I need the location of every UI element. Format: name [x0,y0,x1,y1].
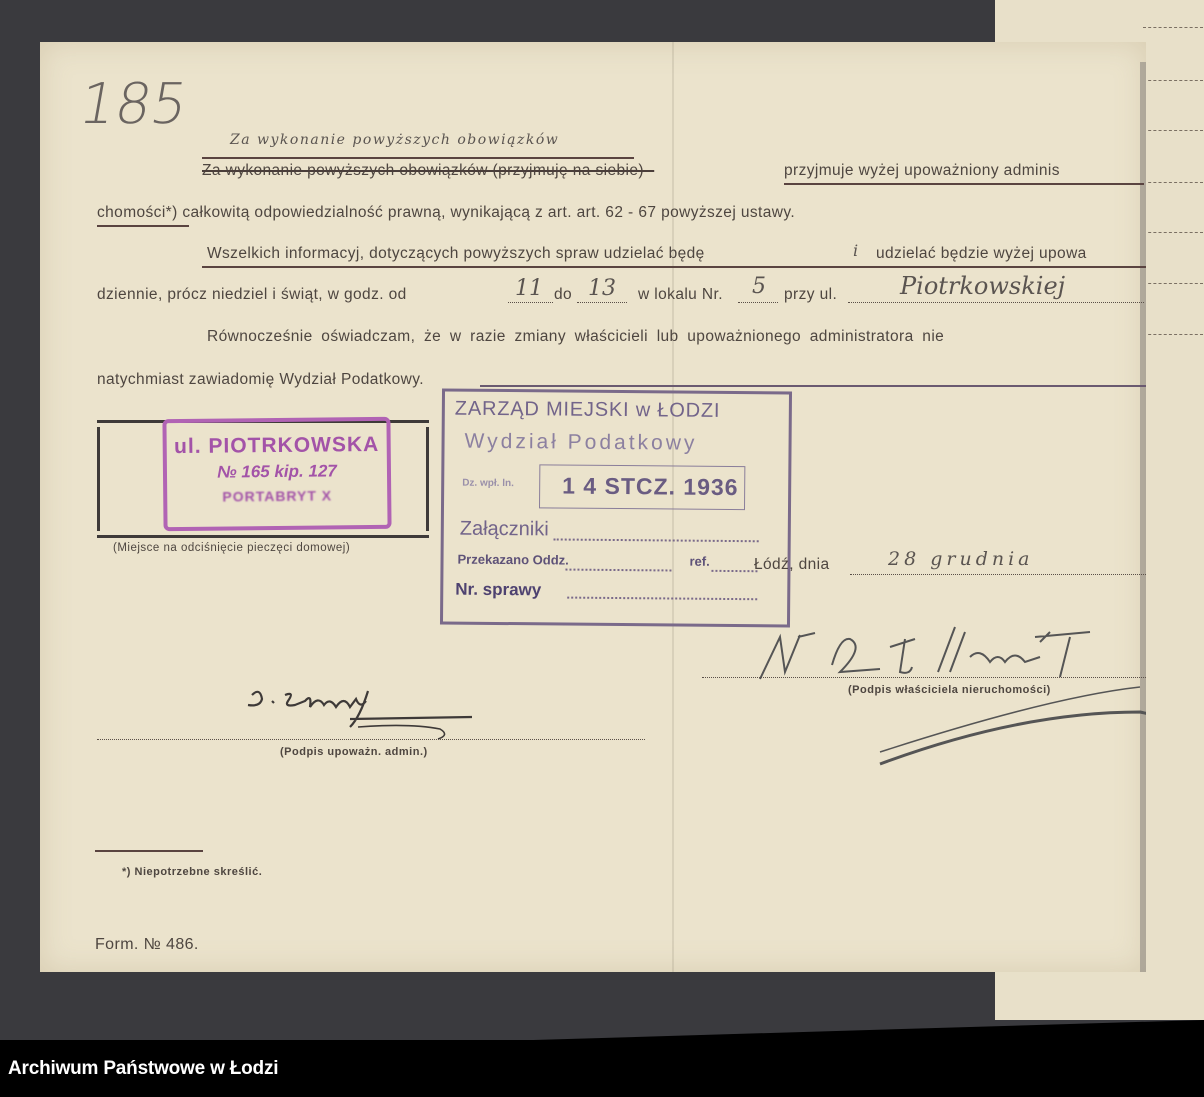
ref-field [711,570,757,572]
house-seal-street: ul. PIOTRKOWSKA [167,433,387,459]
received-date: 1 4 STCZ. 1936 [562,473,739,502]
hours-prefix: dziennie, prócz niedziel i świąt, w godz… [97,286,407,304]
archive-label: Archiwum Państwowe w Łodzi [8,1058,278,1080]
paragraph1-continuation: przyjmuje wyżej upoważniony adminis [784,162,1060,180]
form-number: Form. № 486. [95,936,199,954]
house-seal-caption: (Miejsce na odciśnięcie pieczęci domowej… [113,542,350,554]
hour-to-field [577,302,627,303]
house-seal-number: № 165 kip. 127 [167,461,387,483]
footnote-rule [95,850,203,852]
office-title: ZARZĄD MIEJSKI w ŁODZI [455,398,721,423]
admin-signature-strokes [240,687,540,747]
street-value: Piotrkowskiej [900,272,1065,300]
local-number-field [738,302,778,303]
date-value: 28 grudnia [888,548,1034,570]
admin-signature-caption: (Podpis upoważn. admin.) [280,746,428,758]
struck-text: Za wykonanie powyższych obowiązków (przy… [202,162,654,180]
hour-from-field [508,302,553,303]
paragraph3-line1: Równocześnie oświadczam, że w razie zmia… [207,328,944,346]
paragraph2-line1-b: udzielać będzie wyżej upowa [876,245,1087,263]
case-number-field [567,597,757,601]
continuation-underline [784,183,1144,185]
attachments-label: Załączniki [460,518,549,542]
street-field [848,302,1144,303]
office-department: Wydział Podatkowy [464,430,697,456]
document-page: 185 Za wykonanie powyższych obowiązków Z… [40,42,1146,972]
paragraph1-line2: chomości*) całkowitą odpowiedzialność pr… [97,204,795,222]
forwarded-field [565,569,671,572]
footnote: *) Niepotrzebne skreślić. [122,866,262,878]
paragraph3-strike-line [480,385,1146,387]
ref-label: ref. [689,554,709,569]
handwritten-mark: i [853,241,858,260]
handwritten-correction: Za wykonanie powyższych obowiązków [230,132,559,148]
owner-signature-caption: (Podpis właściciela nieruchomości) [848,684,1051,696]
hour-to-value: 13 [588,276,616,301]
paragraph2-underline [202,266,1146,268]
to-label: do [554,286,572,304]
received-label: Dz. wpł. ln. [462,478,514,489]
attachments-field [554,538,759,542]
local-label: w lokalu Nr. [638,286,723,304]
page-edge [1140,62,1146,972]
house-seal-line3: PORTABRYT X [167,487,387,505]
admin-signature-line [97,739,645,740]
paragraph3-line2: natychmiast zawiadomię Wydział Podatkowy… [97,371,424,389]
tax-office-stamp: ZARZĄD MIEJSKI w ŁODZI Wydział Podatkowy… [440,388,792,627]
local-number-value: 5 [752,274,766,299]
chomosci-underline [97,225,189,227]
date-label: Łódź, dnia [754,556,830,574]
case-number-label: Nr. sprawy [455,580,541,601]
correction-underline [202,157,634,159]
house-seal-stamp: ul. PIOTRKOWSKA № 165 kip. 127 PORTABRYT… [162,417,391,531]
date-field [850,574,1146,575]
owner-signature-line [702,677,1146,678]
handwritten-page-number: 185 [74,72,192,137]
street-label: przy ul. [784,286,837,304]
paragraph2-line1-a: Wszelkich informacyj, dotyczących powyżs… [207,245,705,263]
hour-from-value: 11 [515,276,543,301]
forwarded-label: Przekazano Oddz. [457,552,568,568]
